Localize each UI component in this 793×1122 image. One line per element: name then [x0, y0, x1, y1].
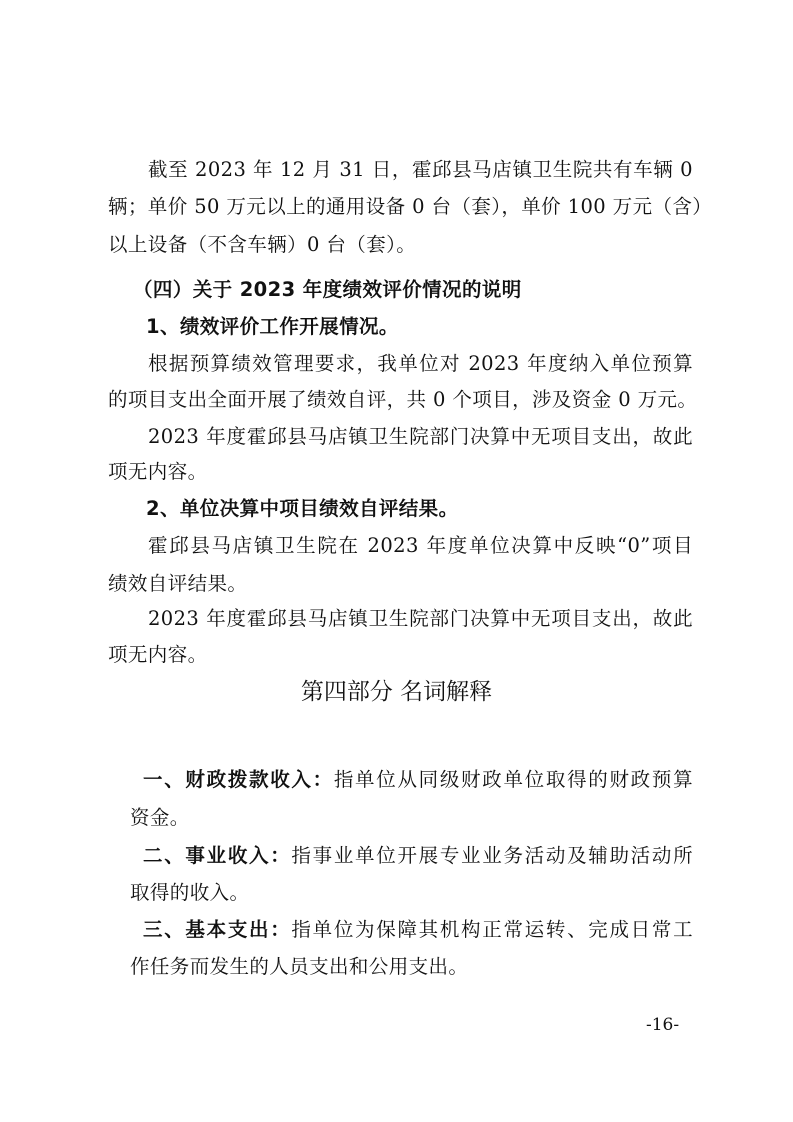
- assets-paragraph-line-2: 辆；单价 50 万元以上的通用设备 0 台（套），单价 100 万元（含）: [108, 195, 693, 219]
- sub1-para2-line-2: 项无内容。: [108, 460, 693, 484]
- sub2-heading: 2、单位决算中项目绩效自评结果。: [146, 497, 458, 521]
- term-1-line-1: 一、财政拨款收入：指单位从同级财政单位取得的财政预算: [143, 768, 693, 792]
- term-3-line-2: 作任务而发生的人员支出和公用支出。: [130, 955, 715, 979]
- sub2-para2-line-1: 2023 年度霍邱县马店镇卫生院部门决算中无项目支出，故此: [148, 607, 693, 631]
- assets-paragraph-line-3: 以上设备（不含车辆）0 台（套）。: [108, 233, 693, 257]
- term-3-label: 三、基本支出：: [143, 918, 291, 941]
- section-four-heading: （四）关于 2023 年度绩效评价情况的说明: [133, 278, 522, 302]
- term-1-definition: 指单位从同级财政单位取得的财政预算: [334, 768, 693, 791]
- sub1-para1-line-1: 根据预算绩效管理要求，我单位对 2023 年度纳入单位预算: [148, 352, 693, 376]
- sub2-para1-line-1: 霍邱县马店镇卫生院在 2023 年度单位决算中反映“0”项目: [148, 534, 693, 558]
- document-page: 截至 2023 年 12 月 31 日，霍邱县马店镇卫生院共有车辆 0 辆；单价…: [0, 0, 793, 1122]
- sub2-para2-line-2: 项无内容。: [108, 643, 693, 667]
- term-3-definition: 指单位为保障其机构正常运转、完成日常工: [291, 918, 693, 941]
- part-four-title: 第四部分 名词解释: [0, 677, 793, 707]
- sub1-para1-line-2: 的项目支出全面开展了绩效自评，共 0 个项目，涉及资金 0 万元。: [108, 388, 693, 412]
- sub1-para2-line-1: 2023 年度霍邱县马店镇卫生院部门决算中无项目支出，故此: [148, 425, 693, 449]
- term-2-line-2: 取得的收入。: [130, 881, 715, 905]
- term-1-line-2: 资金。: [130, 806, 715, 830]
- term-2-label: 二、事业收入：: [143, 844, 291, 867]
- term-1-label: 一、财政拨款收入：: [143, 768, 334, 791]
- page-number: -16-: [646, 1015, 679, 1035]
- term-2-line-1: 二、事业收入：指事业单位开展专业业务活动及辅助活动所: [143, 844, 693, 868]
- assets-paragraph-line-1: 截至 2023 年 12 月 31 日，霍邱县马店镇卫生院共有车辆 0: [148, 158, 693, 182]
- term-3-line-1: 三、基本支出：指单位为保障其机构正常运转、完成日常工: [143, 918, 693, 942]
- sub1-heading: 1、绩效评价工作开展情况。: [146, 315, 399, 339]
- sub2-para1-line-2: 绩效自评结果。: [108, 572, 693, 596]
- term-2-definition: 指事业单位开展专业业务活动及辅助活动所: [291, 844, 693, 867]
